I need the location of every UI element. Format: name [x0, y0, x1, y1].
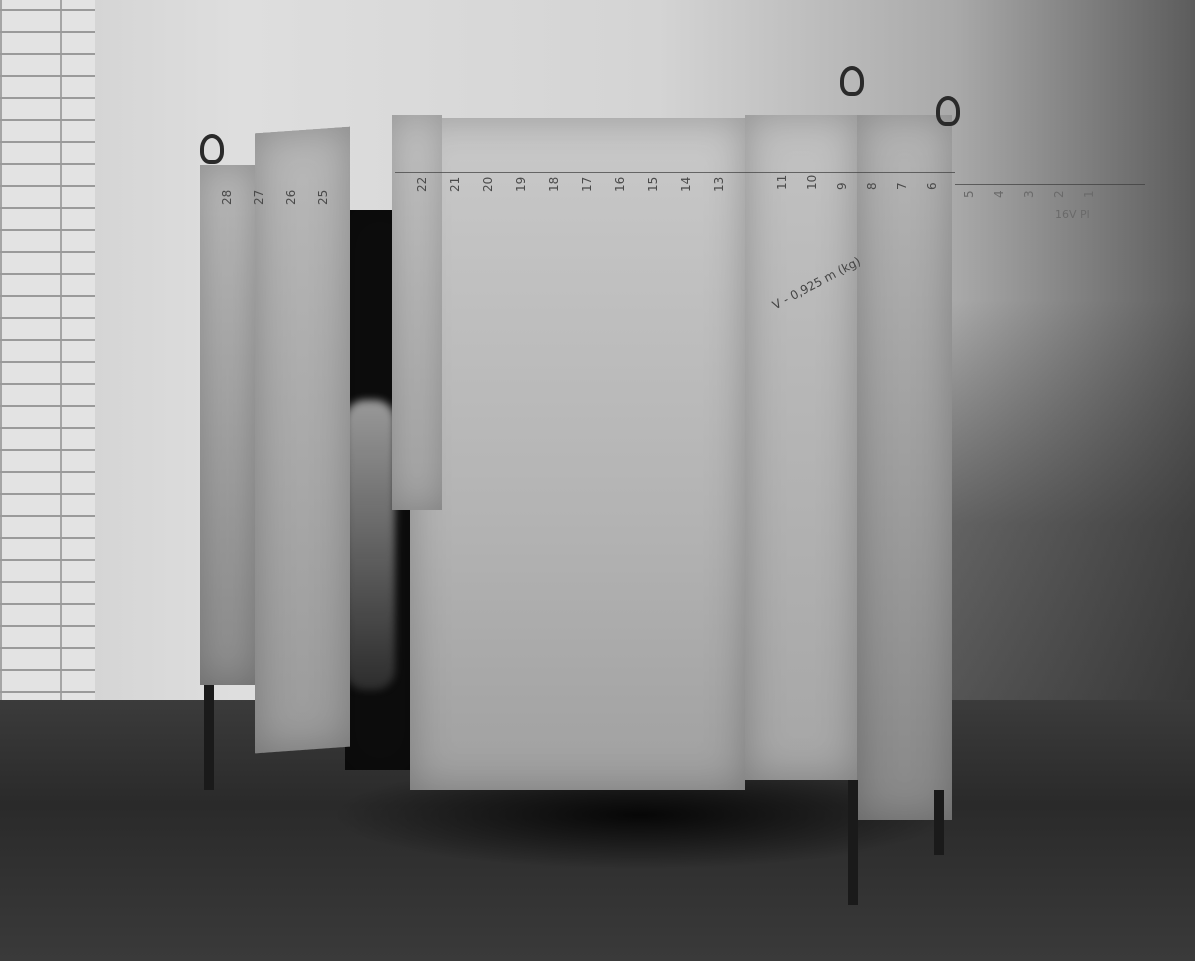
- scale-number: 11: [775, 175, 789, 190]
- scale-number: 7: [895, 182, 909, 190]
- scale-number: 28: [220, 190, 234, 205]
- scale-number: 19: [514, 177, 528, 192]
- scale-number: 13: [712, 177, 726, 192]
- cabinet-open-door: [255, 127, 350, 754]
- scale-number: 25: [316, 190, 330, 205]
- wall-label: 16V Pl: [1055, 208, 1090, 221]
- brick-wall: [0, 0, 95, 715]
- cabinet-leg: [934, 790, 944, 855]
- wall-scale-line: [955, 184, 1145, 185]
- cabinet-left-panel: [200, 165, 255, 685]
- blurred-figure: [345, 400, 395, 690]
- scale-number: 10: [805, 175, 819, 190]
- photograph: 22212019181716151413 11109876 28272625 5…: [0, 0, 1195, 961]
- scale-number: 14: [679, 177, 693, 192]
- scale-number: 1: [1082, 190, 1096, 198]
- scale-number: 26: [284, 190, 298, 205]
- scale-number: 16: [613, 177, 627, 192]
- scale-number: 21: [448, 177, 462, 192]
- scale-number: 15: [646, 177, 660, 192]
- cabinet-leg: [848, 780, 858, 905]
- scale-number: 17: [580, 177, 594, 192]
- scale-line: [395, 172, 955, 173]
- lifting-ring-icon: [936, 96, 960, 126]
- scale-number: 20: [481, 177, 495, 192]
- cabinet-leg: [204, 685, 214, 790]
- cabinet-small-door: [392, 115, 442, 510]
- scale-number: 18: [547, 177, 561, 192]
- scale-number: 9: [835, 182, 849, 190]
- cabinet-front-panel: [410, 118, 745, 790]
- scale-number: 6: [925, 182, 939, 190]
- scale-number: 4: [992, 190, 1006, 198]
- scale-number: 5: [962, 190, 976, 198]
- cabinet-right-panel: [745, 115, 857, 780]
- scale-number: 22: [415, 177, 429, 192]
- scale-number: 3: [1022, 190, 1036, 198]
- lifting-ring-icon: [840, 66, 864, 96]
- scale-number: 2: [1052, 190, 1066, 198]
- scale-number: 27: [252, 190, 266, 205]
- scale-number: 8: [865, 182, 879, 190]
- lifting-ring-icon: [200, 134, 224, 164]
- cabinet-side-panel: [857, 115, 952, 820]
